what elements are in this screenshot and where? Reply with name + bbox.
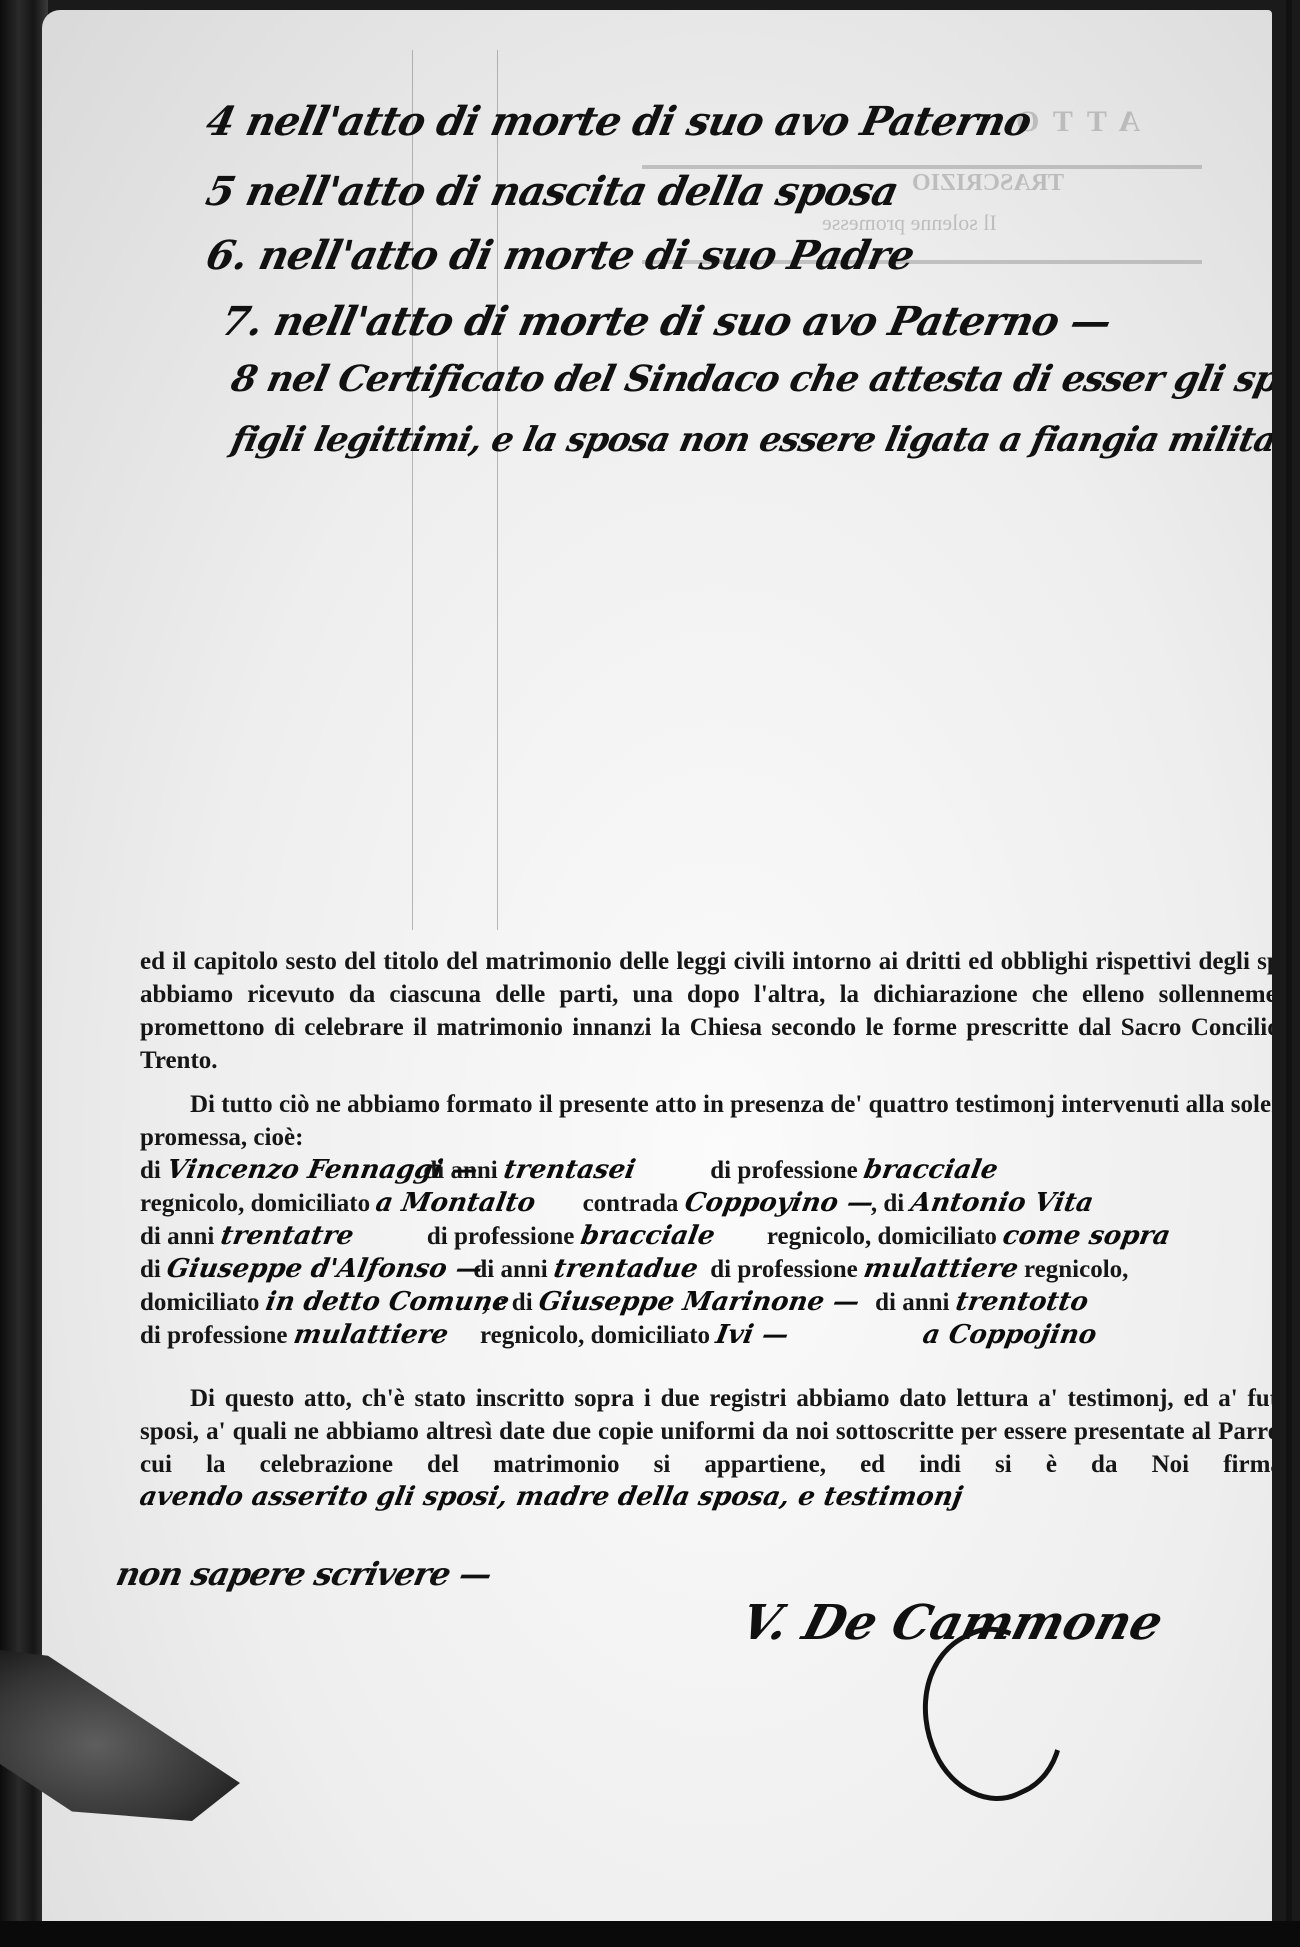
handwritten-closing-2: non sapere scrivere — (113, 1555, 495, 1593)
witness-3-name: Giuseppe d'Alfonso — (164, 1253, 470, 1286)
witness-1-age: trentasei (501, 1154, 707, 1187)
witness-2-profession: bracciale (578, 1220, 764, 1253)
witness-2-line: di anni trentatre di professione braccia… (140, 1220, 1272, 1253)
witness-4-place: a Coppojino (920, 1319, 1099, 1352)
handwritten-line: 4 nell'atto di morte di suo avo Paterno (202, 98, 1035, 145)
page-edge (1286, 0, 1292, 1947)
witness-3-residence: in detto Comune (263, 1286, 479, 1319)
witness-4-age: trentotto (953, 1286, 1091, 1319)
document-page: ATTO TRASCRIZIO Il solenne promesse 4 ne… (42, 10, 1272, 1930)
witness-2-age: trentatre (218, 1220, 424, 1253)
witness-1-name: Vincenzo Fennaggi — (164, 1154, 420, 1187)
witness-1-profession: bracciale (861, 1154, 1000, 1187)
printed-paragraph-1: ed il capitolo sesto del titolo del matr… (140, 945, 1272, 1077)
witness-1-line: di Vincenzo Fennaggi — di anni trentasei… (140, 1154, 1272, 1187)
witnesses-intro: Di tutto ciò ne abbiamo formato il prese… (140, 1091, 1272, 1151)
witness-1-residence: a Montalto (373, 1187, 579, 1220)
witness-1-2-line: regnicolo, domiciliato a Montalto contra… (140, 1187, 1272, 1220)
page-edge-bottom (0, 1921, 1300, 1947)
handwritten-line: 8 nel Certificato del Sindaco che attest… (228, 358, 1272, 400)
handwritten-closing: avendo asserito gli sposi, madre della s… (137, 1481, 965, 1514)
printed-paragraph-3: Di questo atto, ch'è stato inscritto sop… (140, 1382, 1272, 1514)
bleed-through-subheader: TRASCRIZIO (912, 170, 1064, 197)
witness-4-name: Giuseppe Marinone — (536, 1286, 872, 1319)
witness-4-profession: mulattiere (291, 1319, 477, 1352)
witness-2-name: Antonio Vita (908, 1187, 1096, 1220)
witness-3-4-line: domiciliato in detto Comune , e di Giuse… (140, 1286, 1272, 1319)
witness-3-line: di Giuseppe d'Alfonso — di anni trentadu… (140, 1253, 1272, 1286)
witnesses-paragraph: Di tutto ciò ne abbiamo formato il prese… (140, 1088, 1272, 1352)
handwritten-line: 5 nell'atto di nascita della sposa (202, 168, 902, 215)
witness-4-residence: Ivi — (713, 1319, 919, 1352)
witness-4-line: di professione mulattiere regnicolo, dom… (140, 1319, 1272, 1352)
witness-3-age: trentadue (551, 1253, 707, 1286)
witness-2-residence: come sopra (1000, 1220, 1173, 1253)
handwritten-line: 6. nell'atto di morte di suo Padre (202, 232, 918, 279)
witness-3-profession: mulattiere (861, 1253, 1021, 1286)
witness-1-street: Coppoyino — (682, 1187, 868, 1220)
handwritten-line: figli legittimi, e la sposa non essere l… (228, 420, 1272, 460)
handwritten-line: 7. nell'atto di morte di suo avo Paterno… (217, 298, 1115, 345)
